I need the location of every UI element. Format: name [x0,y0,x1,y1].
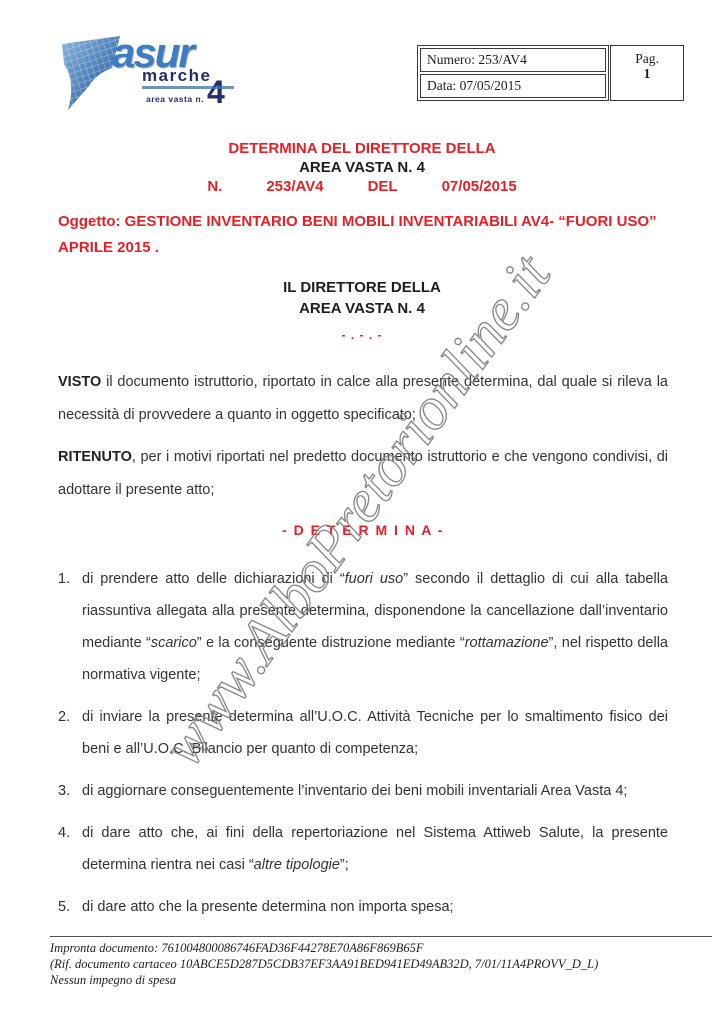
oggetto-line1: Oggetto: GESTIONE INVENTARIO BENI MOBILI… [58,209,670,235]
title-n: N. [207,178,222,195]
section-separator: - . - . - [0,328,724,342]
doc-info-table: Numero: 253/AV4 Data: 07/05/2015 [417,45,609,101]
title-numero: 253/AV4 [266,177,323,196]
list-item-number: 3. [58,775,82,807]
pag-value: 1 [611,67,683,83]
list-item-text: di aggiornare conseguentemente l’inventa… [82,775,668,807]
logo-area-label: area vasta n. [146,94,204,104]
visto-lead: VISTO [58,374,101,390]
director-line2: AREA VASTA N. 4 [0,298,724,319]
list-item: 5.di dare atto che la presente determina… [58,891,668,923]
logo-area-row: area vasta n. 4 [112,91,234,104]
title-data: 07/05/2015 [442,177,517,196]
logo-text: asur marche area vasta n. 4 [112,36,234,104]
pag-label: Pag. [611,51,683,67]
document-page: www.AlboPretorionline.it asur marche are… [0,0,724,1024]
list-item-number: 4. [58,817,82,881]
doc-data: Data: 07/05/2015 [420,74,606,98]
title-line2: AREA VASTA N. 4 [0,158,724,177]
document-footer: Impronta documento: 761004800086746FAD36… [50,936,712,988]
visto-paragraph: VISTO il documento istruttorio, riportat… [58,366,668,432]
title-del: DEL [368,177,398,196]
list-item-text: di prendere atto delle dichiarazioni di … [82,563,668,691]
logo-tagline-bar [142,86,234,89]
director-heading: IL DIRETTORE DELLA AREA VASTA N. 4 [0,277,724,319]
ritenuto-lead: RITENUTO [58,449,132,465]
list-item-number: 5. [58,891,82,923]
title-block: DETERMINA DEL DIRETTORE DELLA AREA VASTA… [0,139,724,196]
footer-impegno: Nessun impegno di spesa [50,972,712,988]
footer-rif: (Rif. documento cartaceo 10ABCE5D287D5CD… [50,956,712,972]
asur-logo: asur marche area vasta n. 4 [56,34,234,114]
title-line3: N.253/AV4DEL07/05/2015 [0,177,724,196]
logo-area-number: 4 [207,81,225,103]
list-item: 3.di aggiornare conseguentemente l’inven… [58,775,668,807]
ritenuto-text: , per i motivi riportati nel predetto do… [58,449,668,498]
list-item: 4.di dare atto che, ai fini della repert… [58,817,668,881]
doc-numero: Numero: 253/AV4 [420,48,606,72]
list-item-number: 2. [58,701,82,765]
list-item: 2.di inviare la presente determina all’U… [58,701,668,765]
page-number-box: Pag. 1 [610,45,684,101]
determina-heading: - D E T E R M I N A - [58,521,668,539]
footer-impronta: Impronta documento: 761004800086746FAD36… [50,940,712,956]
document-body: VISTO il documento istruttorio, riportat… [58,366,668,933]
list-item-text: di dare atto che la presente determina n… [82,891,668,923]
oggetto-line2: APRILE 2015 . [58,235,670,261]
oggetto: Oggetto: GESTIONE INVENTARIO BENI MOBILI… [58,209,670,261]
list-item-text: di dare atto che, ai fini della repertor… [82,817,668,881]
logo-brand: asur [112,36,234,70]
list-item: 1.di prendere atto delle dichiarazioni d… [58,563,668,691]
director-line1: IL DIRETTORE DELLA [0,277,724,298]
determina-list: 1.di prendere atto delle dichiarazioni d… [58,563,668,923]
visto-text: il documento istruttorio, riportato in c… [58,374,668,423]
title-line1: DETERMINA DEL DIRETTORE DELLA [0,139,724,158]
ritenuto-paragraph: RITENUTO, per i motivi riportati nel pre… [58,441,668,507]
list-item-text: di inviare la presente determina all’U.O… [82,701,668,765]
list-item-number: 1. [58,563,82,691]
